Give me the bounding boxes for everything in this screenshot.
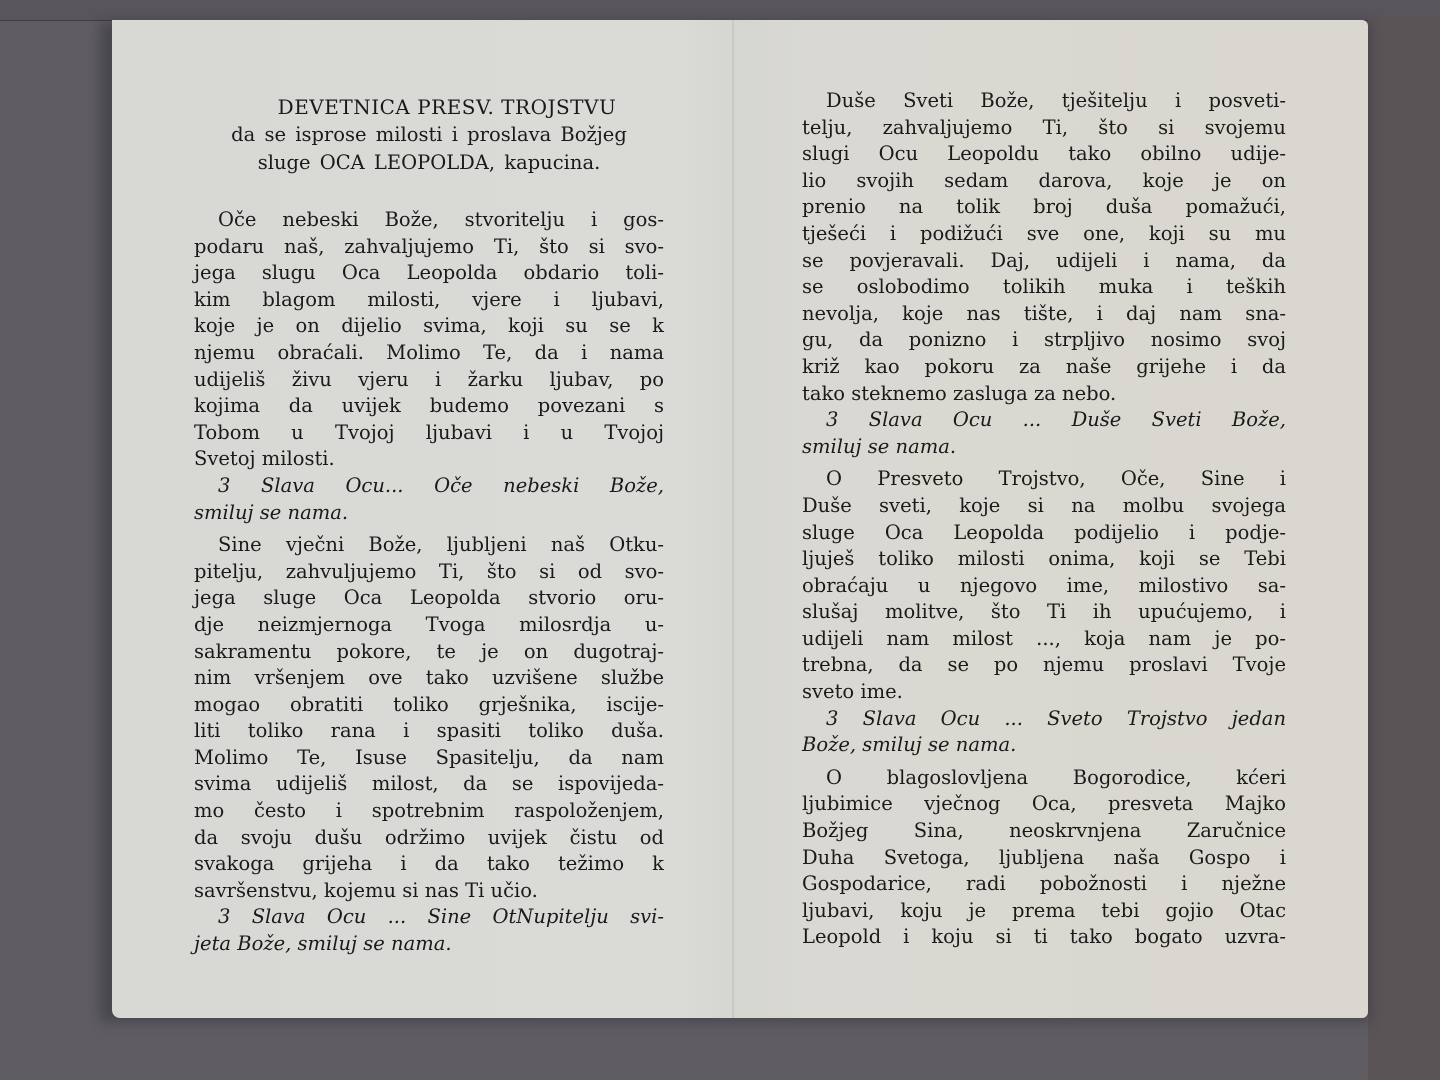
- text-line: mogao obratiti toliko grješnika, iscije-: [194, 692, 664, 719]
- text-line: tako steknemo zasluga za nebo.: [802, 381, 1286, 408]
- text-line: da svoju dušu održimo uvijek čistu od: [194, 825, 664, 852]
- text-line: njemu obraćali. Molimo Te, da i nama: [194, 340, 664, 367]
- prayer-to-son: Sine vječni Bože, ljubljeni naš Otku- pi…: [194, 532, 664, 904]
- text-line: svakoga grijeha i da tako težimo k: [194, 851, 664, 878]
- text-line: mo često i spotrebnim raspoloženjem,: [194, 798, 664, 825]
- text-line: tješeći i podižući sve one, koji su mu: [802, 221, 1286, 248]
- text-line: jeta Bože, smiluj se nama.: [194, 931, 664, 958]
- text-line: Duha Svetoga, ljubljena naša Gospo i: [802, 845, 1286, 872]
- text-line: sakramentu pokore, te je on dugotraj-: [194, 639, 664, 666]
- text-line: O Presveto Trojstvo, Oče, Sine i: [802, 466, 1286, 493]
- response-son: 3 Slava Ocu ... Sine OtNupitelju svi- je…: [194, 904, 664, 957]
- text-line: ljuješ toliko milosti onima, koji se Teb…: [802, 546, 1286, 573]
- text-line: ljubavi, koju je prema tebi gojio Otac: [802, 898, 1286, 925]
- response-trinity: 3 Slava Ocu ... Sveto Trojstvo jedan Bož…: [802, 706, 1286, 759]
- text-line: Oče nebeski Bože, stvoritelju i gos-: [194, 207, 664, 234]
- text-line: sluge Oca Leopolda podijelio i podje-: [802, 520, 1286, 547]
- response-father: 3 Slava Ocu... Oče nebeski Bože, smiluj …: [194, 473, 664, 526]
- text-line: Leopold i koju si ti tako bogato uzvra-: [802, 924, 1286, 951]
- response-holy-spirit: 3 Slava Ocu ... Duše Sveti Bože, smiluj …: [802, 407, 1286, 460]
- text-line: slugi Ocu Leopoldu tako obilno udije-: [802, 141, 1286, 168]
- text-line: koje je on dijelio svima, koji su se k: [194, 313, 664, 340]
- page-title: DEVETNICA PRESV. TROJSTVU: [194, 93, 664, 121]
- text-line: O blagoslovljena Bogorodice, kćeri: [802, 765, 1286, 792]
- text-line: jega slugu Oca Leopolda obdario toli-: [194, 260, 664, 287]
- background-board-top: [0, 0, 1440, 21]
- text-line: ljubimice vječnog Oca, presveta Majko: [802, 791, 1286, 818]
- text-line: Tobom u Tvojoj ljubavi i u Tvojoj: [194, 420, 664, 447]
- text-line: slušaj molitve, što Ti ih upućujemo, i: [802, 599, 1286, 626]
- text-line: smiluj se nama.: [194, 500, 664, 527]
- text-line: Božjeg Sina, neoskrvnjena Zaručnice: [802, 818, 1286, 845]
- text-line: 3 Slava Ocu ... Sine OtNupitelju svi-: [194, 904, 664, 931]
- text-line: Gospodarice, radi pobožnosti i nježne: [802, 871, 1286, 898]
- left-page: DEVETNICA PRESV. TROJSTVU da se isprose …: [194, 20, 664, 958]
- text-line: dje neizmjernoga Tvoga milosrdja u-: [194, 612, 664, 639]
- prayer-to-trinity: O Presveto Trojstvo, Oče, Sine i Duše sv…: [802, 466, 1286, 705]
- text-line: pitelju, zahvuljujemo Ti, što si od svo-: [194, 559, 664, 586]
- text-line: podaru naš, zahvaljujemo Ti, što si svo-: [194, 234, 664, 261]
- text-line: liti toliko rana i spasiti toliko duša.: [194, 718, 664, 745]
- text-line: jega sluge Oca Leopolda stvorio oru-: [194, 585, 664, 612]
- text-line: nim vršenjem ove tako uzvišene službe: [194, 665, 664, 692]
- text-line: križ kao pokoru za naše grijehe i da: [802, 354, 1286, 381]
- prayer-to-father: Oče nebeski Bože, stvoritelju i gos- pod…: [194, 207, 664, 473]
- text-line: Bože, smiluj se nama.: [802, 732, 1286, 759]
- prayer-card-sheet: DEVETNICA PRESV. TROJSTVU da se isprose …: [112, 20, 1368, 1018]
- text-line: gu, da ponizno i strpljivo nosimo svoj: [802, 327, 1286, 354]
- text-line: Duše sveti, koje si na molbu svojega: [802, 493, 1286, 520]
- text-line: kojima da uvijek budemo povezani s: [194, 393, 664, 420]
- text-line: Sine vječni Bože, ljubljeni naš Otku-: [194, 532, 664, 559]
- prayer-to-mary: O blagoslovljena Bogorodice, kćeri ljubi…: [802, 765, 1286, 951]
- text-line: svima udijeliš milost, da se ispovijeda-: [194, 771, 664, 798]
- subtitle-line-1: da se isprose milosti i proslava Božjeg: [194, 121, 664, 149]
- text-line: savršenstvu, kojemu si nas Ti učio.: [194, 878, 664, 905]
- text-line: 3 Slava Ocu ... Sveto Trojstvo jedan: [802, 706, 1286, 733]
- text-line: Molimo Te, Isuse Spasitelju, da nam: [194, 745, 664, 772]
- text-line: obraćaju u njegovo ime, milostivo sa-: [802, 573, 1286, 600]
- background-board-right: [1368, 17, 1440, 1080]
- center-fold: [732, 20, 734, 1018]
- text-line: lio svojih sedam darova, koje je on: [802, 168, 1286, 195]
- text-line: telju, zahvaljujemo Ti, što si svojemu: [802, 115, 1286, 142]
- text-line: trebna, da se po njemu proslavi Tvoje: [802, 652, 1286, 679]
- text-line: 3 Slava Ocu ... Duše Sveti Bože,: [802, 407, 1286, 434]
- right-page: Duše Sveti Bože, tješitelju i posveti- t…: [802, 20, 1286, 951]
- text-line: kim blagom milosti, vjere i ljubavi,: [194, 287, 664, 314]
- text-line: prenio na tolik broj duša pomažući,: [802, 194, 1286, 221]
- subtitle-line-2: sluge OCA LEOPOLDA, kapucina.: [194, 149, 664, 177]
- text-line: se povjeravali. Daj, udijeli i nama, da: [802, 248, 1286, 275]
- text-line: udijeli nam milost ..., koja nam je po-: [802, 626, 1286, 653]
- text-line: Duše Sveti Bože, tješitelju i posveti-: [802, 88, 1286, 115]
- text-line: nevolja, koje nas tište, i daj nam sna-: [802, 301, 1286, 328]
- text-line: Svetoj milosti.: [194, 446, 664, 473]
- text-line: sveto ime.: [802, 679, 1286, 706]
- text-line: smiluj se nama.: [802, 434, 1286, 461]
- prayer-to-holy-spirit: Duše Sveti Bože, tješitelju i posveti- t…: [802, 88, 1286, 407]
- text-line: se oslobodimo tolikih muka i teških: [802, 274, 1286, 301]
- text-line: 3 Slava Ocu... Oče nebeski Bože,: [194, 473, 664, 500]
- text-line: udijeliš živu vjeru i žarku ljubav, po: [194, 367, 664, 394]
